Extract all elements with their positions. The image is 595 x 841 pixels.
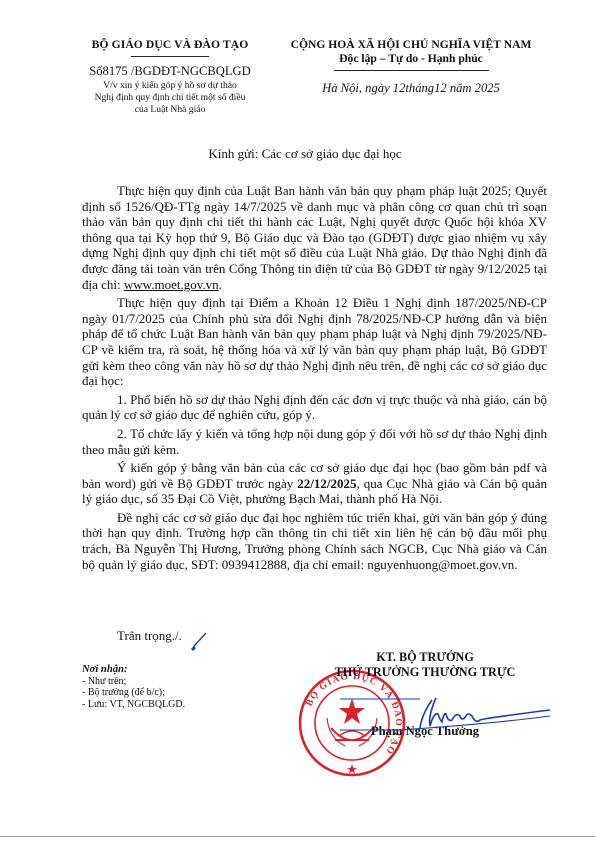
recipients-title: Nơi nhận:: [82, 664, 185, 676]
place-date: Hà Nội, ngày 12tháng12 năm 2025: [266, 81, 556, 96]
subject-line-2: Nghị định quy định chi tiết một số điều: [60, 92, 280, 103]
handwritten-signature-icon: [340, 696, 550, 738]
recipient-item: - Lưu: VT, NGCBQLGD.: [82, 699, 185, 711]
signer-authority: KT. BỘ TRƯỞNG: [300, 650, 550, 665]
paragraph-1: Thực hiện quy định của Luật Ban hành văn…: [82, 183, 547, 292]
motto-underline: [334, 70, 489, 71]
deadline-date: 22/12/2025: [297, 476, 356, 491]
national-header: CỘNG HOÀ XÃ HỘI CHỦ NGHĨA VIỆT NAM Độc l…: [266, 38, 556, 96]
recipient-item: - Bộ trưởng (để b/c);: [82, 687, 185, 699]
list-item-2: 2. Tổ chức lấy ý kiến và tổng hợp nội du…: [82, 426, 547, 457]
document-body: Thực hiện quy định của Luật Ban hành văn…: [82, 183, 547, 575]
recipient-item: - Như trên;: [82, 676, 185, 688]
page-edge-divider: [0, 836, 595, 837]
subject-line-1: V/v xin ý kiến góp ý hồ sơ dự thảo: [60, 80, 280, 91]
subject-line-3: của Luật Nhà giáo: [60, 104, 280, 115]
moet-website-link[interactable]: www.moet.gov.vn: [124, 277, 219, 292]
recipients-block: Nơi nhận: - Như trên; - Bộ trưởng (để b/…: [82, 664, 185, 710]
issuer-block: BỘ GIÁO DỤC VÀ ĐÀO TẠO Số8175 /BGDĐT-NGC…: [60, 38, 280, 115]
motto: Độc lập – Tự do - Hạnh phúc: [266, 52, 556, 65]
nation-title: CỘNG HOÀ XÃ HỘI CHỦ NGHĨA VIỆT NAM: [266, 38, 556, 51]
paragraph-2: Thực hiện quy định tại Điểm a Khoản 12 Đ…: [82, 295, 547, 389]
signer-title: THỨ TRƯỞNG THƯỜNG TRỰC: [300, 665, 550, 680]
paragraph-4: Đề nghị các cơ sở giáo dục đại học nghiê…: [82, 510, 547, 572]
paragraph-3: Ý kiến góp ý bằng văn bản của các cơ sở …: [82, 460, 547, 507]
addressee: Kính gửi: Các cơ sở giáo dục đại học: [60, 146, 550, 162]
checkmark-icon: [190, 632, 208, 652]
closing: Trân trọng./.: [117, 628, 182, 644]
agency-underline: [131, 56, 209, 57]
list-item-1: 1. Phổ biến hồ sơ dự thảo Nghị định đến …: [82, 392, 547, 423]
document-number: Số8175 /BGDĐT-NGCBQLGD: [60, 64, 280, 79]
agency-name: BỘ GIÁO DỤC VÀ ĐÀO TẠO: [60, 38, 280, 51]
